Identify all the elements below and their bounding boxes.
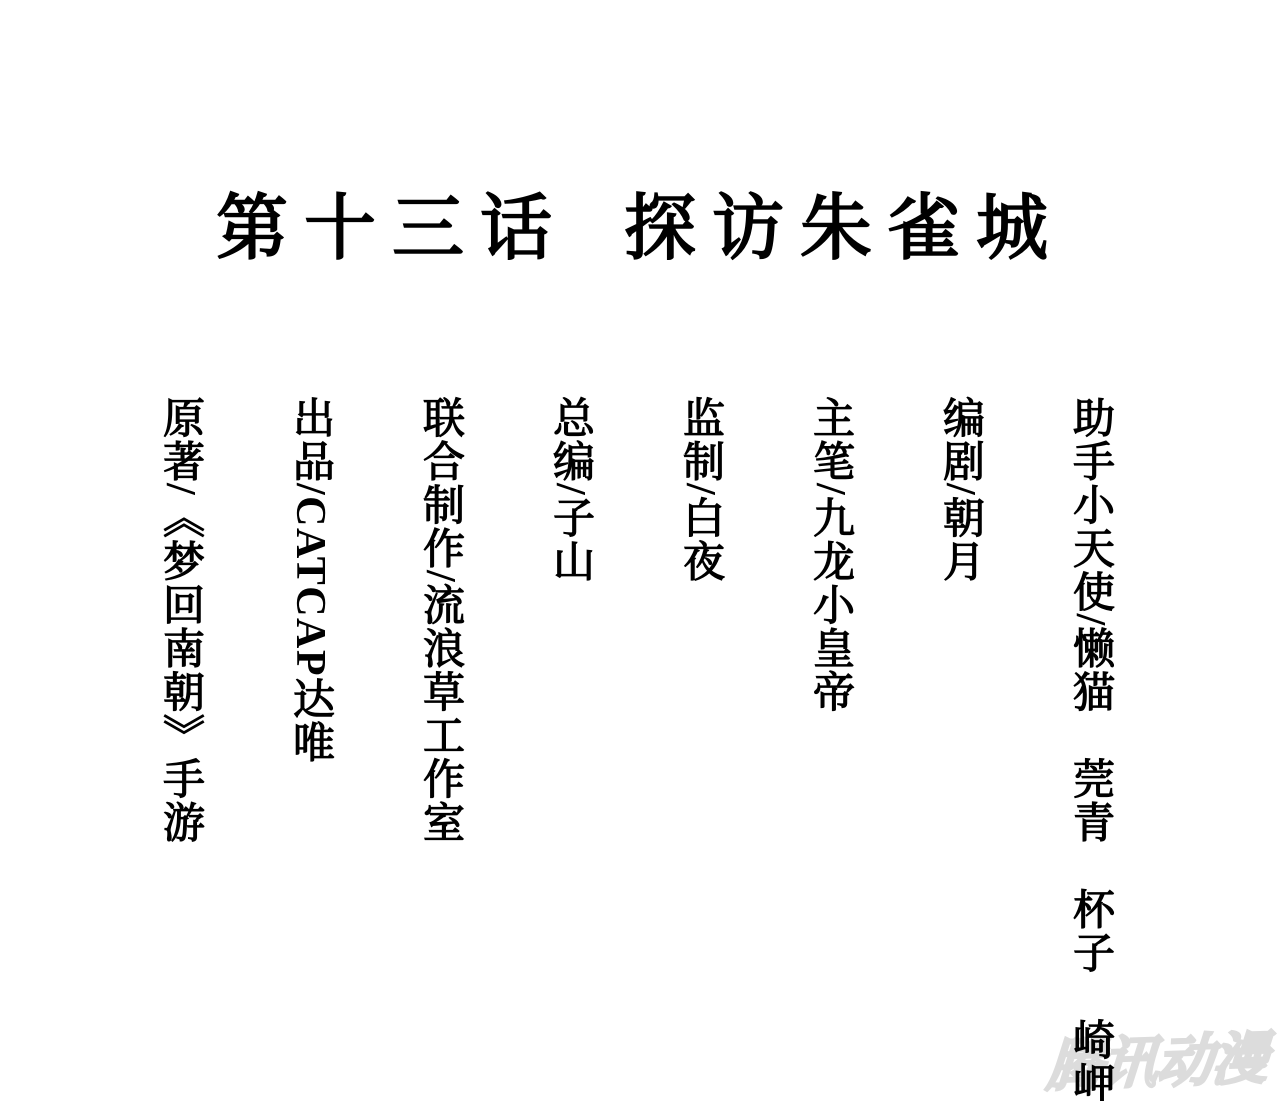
credit-producer: 出品/CATCAP达唯 <box>245 396 375 1101</box>
credits-list: 助手小天使/懒猫 莞青 杯子 崎岬 编剧/朝月 主笔/九龙小皇帝 监制/白夜 总… <box>115 396 1155 1101</box>
credit-screenwriter: 编剧/朝月 <box>895 396 1025 1101</box>
credit-co-production: 联合制作/流浪草工作室 <box>375 396 505 1101</box>
chapter-title: 第十三话 探访朱雀城 <box>0 186 1280 272</box>
credit-lead-artist: 主笔/九龙小皇帝 <box>765 396 895 1101</box>
credit-original-work: 原著/《梦回南朝》手游 <box>115 396 245 1101</box>
credit-chief-editor: 总编/子山 <box>505 396 635 1101</box>
credit-supervisor: 监制/白夜 <box>635 396 765 1101</box>
credit-assistants: 助手小天使/懒猫 莞青 杯子 崎岬 <box>1025 396 1155 1101</box>
